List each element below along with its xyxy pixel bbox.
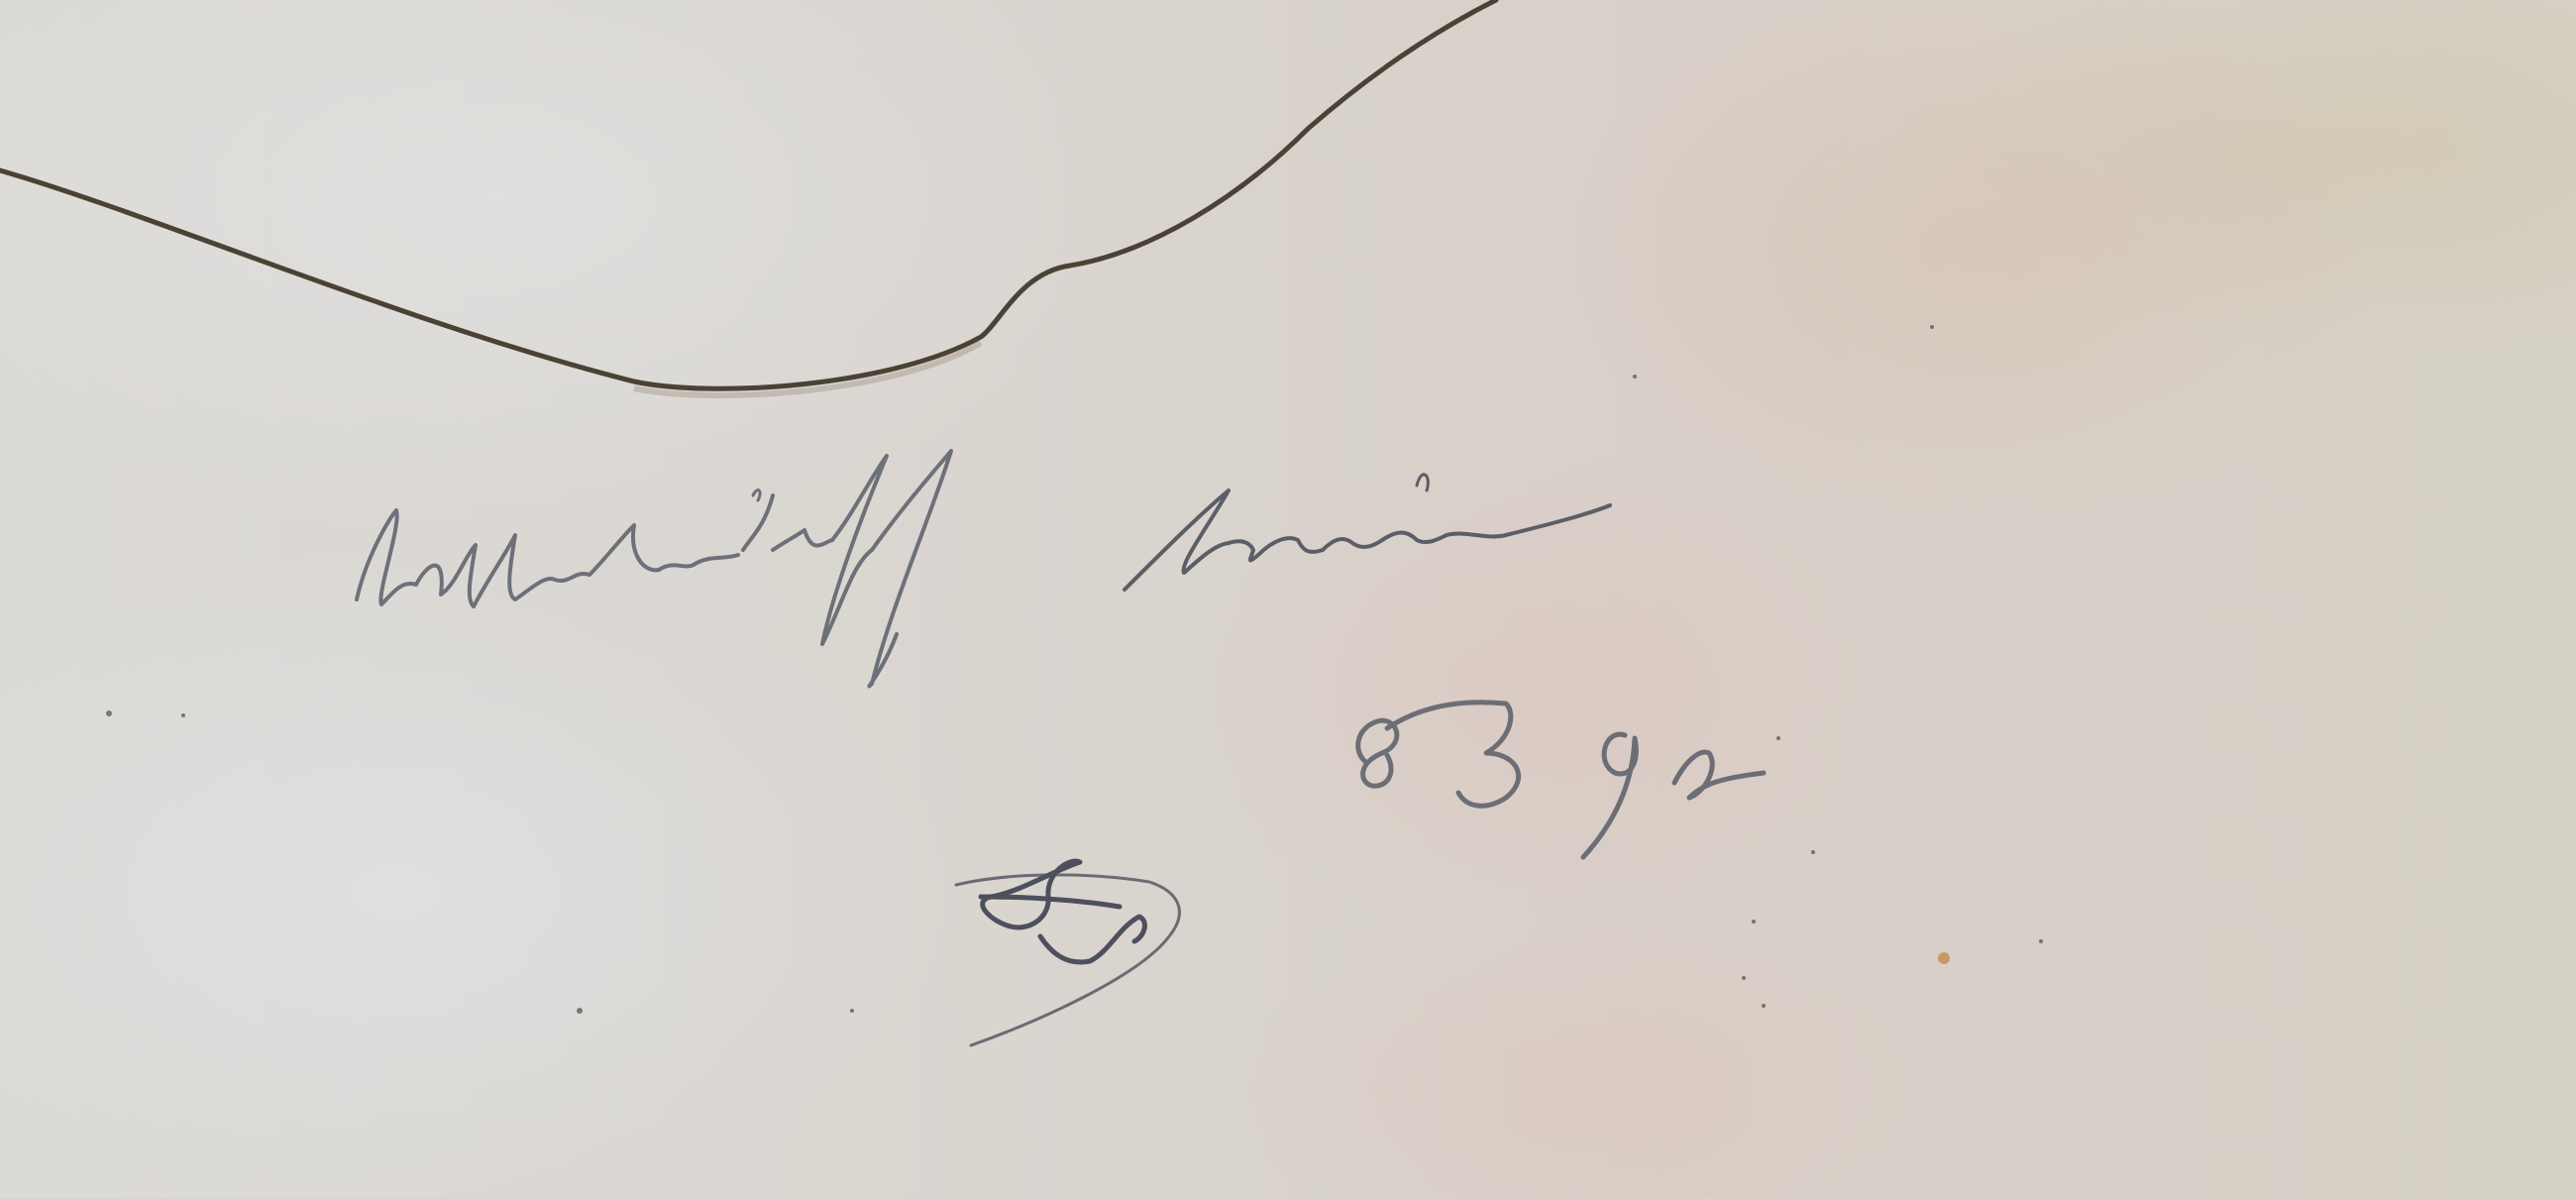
handwriting-word-2 [1125,475,1610,590]
canvas-back-photo: Altdörffs braun 839a BS [0,0,2576,1199]
handwriting-word-1 [357,451,951,687]
hanging-wire [0,0,1496,388]
rust-spot [1938,952,1950,964]
handwriting-number [1358,703,1764,857]
paper-specks [106,325,2043,1014]
photo-overlay [0,0,2576,1199]
monogram-signature [956,861,1179,1045]
